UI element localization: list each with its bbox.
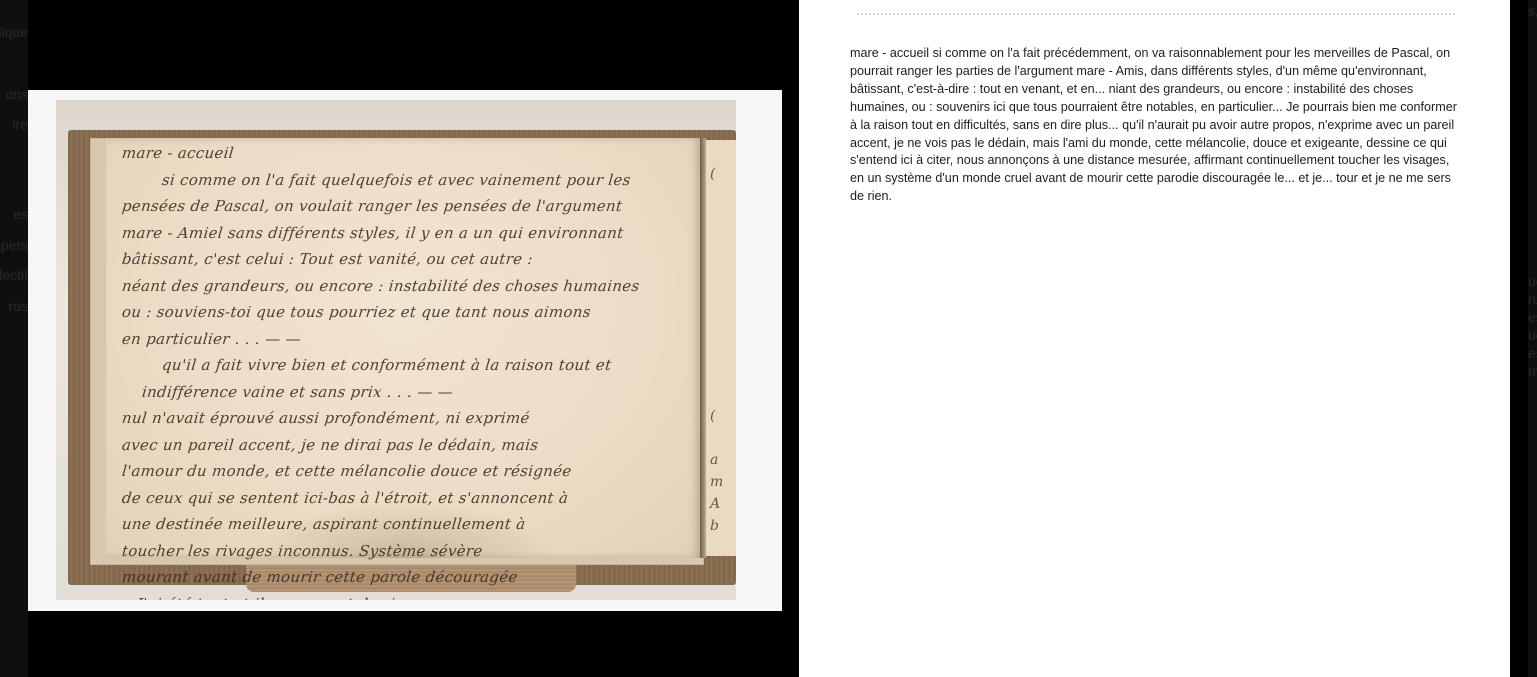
- handwriting-line: indifférence vaine et sans prix . . . — …: [121, 379, 694, 406]
- facing-page-mark: b: [710, 512, 734, 534]
- handwriting-line: « J'ai été tout et il ne me sert de rien…: [121, 591, 694, 601]
- facing-page-mark: [710, 248, 734, 270]
- handwriting-line: nul n'avait éprouvé aussi profondément, …: [121, 405, 694, 432]
- handwritten-text: mare - accueilsi comme on l'a fait quelq…: [122, 140, 692, 600]
- background-right-item: es: [1528, 344, 1537, 362]
- dotted-divider: [857, 13, 1455, 15]
- handwriting-line: l'amour du monde, et cette mélancolie do…: [121, 458, 694, 485]
- facing-page-mark: [710, 424, 734, 446]
- handwriting-line: mourant avant de mourir cette parole déc…: [121, 564, 694, 591]
- image-viewer: mare - accueilsi comme on l'a fait quelq…: [28, 0, 799, 677]
- facing-page-mark: [710, 336, 734, 358]
- handwriting-line: néant des grandeurs, ou encore : instabi…: [121, 273, 694, 300]
- facing-page-mark: m: [710, 468, 734, 490]
- facing-page-mark: [710, 226, 734, 248]
- background-sidebar-item: ros: [9, 298, 28, 314]
- facing-page-mark: a: [710, 446, 734, 468]
- facing-page-mark: [710, 358, 734, 380]
- background-sidebar-item: es: [13, 206, 28, 222]
- background-sidebar-item: lectif: [0, 267, 28, 283]
- background-right-item: s,8: [1528, 2, 1537, 20]
- handwriting-line: qu'il a fait vivre bien et conformément …: [121, 352, 694, 379]
- facing-page-mark: [710, 314, 734, 336]
- handwriting-line: si comme on l'a fait quelquefois et avec…: [121, 167, 694, 194]
- background-right-item: ue: [1528, 272, 1537, 290]
- facing-page-mark: A: [710, 490, 734, 512]
- handwriting-line: bâtissant, c'est celui : Tout est vanité…: [121, 246, 694, 273]
- background-sidebar: diqueonsireesaperslectifros: [0, 0, 28, 677]
- handwriting-line: pensées de Pascal, on voulait ranger les…: [121, 193, 694, 220]
- manuscript-image[interactable]: mare - accueilsi comme on l'a fait quelq…: [56, 100, 736, 600]
- handwriting-line: avec un pareil accent, je ne dirai pas l…: [121, 432, 694, 459]
- facing-page-mark: [710, 380, 734, 402]
- handwriting-line: de ceux qui se sentent ici-bas à l'étroi…: [121, 485, 694, 512]
- background-right-content: s,8ueruesueesm: [1528, 0, 1537, 677]
- manuscript-viewer-overlay: diqueonsireesaperslectifros mare - accue…: [0, 0, 1537, 677]
- facing-page-mark: [710, 270, 734, 292]
- facing-page-mark: [710, 204, 734, 226]
- background-right-item: ru: [1528, 290, 1537, 308]
- background-right-item: ue: [1528, 326, 1537, 344]
- facing-page-mark: (: [710, 402, 734, 424]
- facing-page-mark: [710, 292, 734, 314]
- image-frame: mare - accueilsi comme on l'a fait quelq…: [28, 90, 782, 611]
- handwriting-line: mare - accueil: [121, 140, 694, 167]
- background-sidebar-item: ire: [12, 116, 28, 132]
- handwriting-line: ou : souviens-toi que tous pourriez et q…: [121, 299, 694, 326]
- transcription-panel: mare - accueil si comme on l'a fait préc…: [799, 0, 1510, 677]
- facing-page-text: ((amAb: [710, 160, 734, 534]
- handwriting-line: toucher les rivages inconnus. Système sé…: [121, 538, 694, 565]
- facing-page-mark: (: [710, 160, 734, 182]
- background-sidebar-item: ons: [5, 86, 28, 102]
- transcription-text: mare - accueil si comme on l'a fait préc…: [850, 45, 1465, 206]
- background-right-strip: s,8ueruesueesm: [1510, 0, 1537, 677]
- handwriting-line: une destinée meilleure, aspirant continu…: [121, 511, 694, 538]
- background-sidebar-item: dique: [0, 24, 28, 40]
- handwriting-line: en particulier . . . — —: [121, 326, 694, 353]
- handwriting-line: mare - Amiel sans différents styles, il …: [121, 220, 694, 247]
- facing-page-mark: [710, 182, 734, 204]
- background-right-item: m: [1528, 362, 1537, 380]
- background-sidebar-item: apers: [0, 237, 28, 253]
- background-right-item: es: [1528, 308, 1537, 326]
